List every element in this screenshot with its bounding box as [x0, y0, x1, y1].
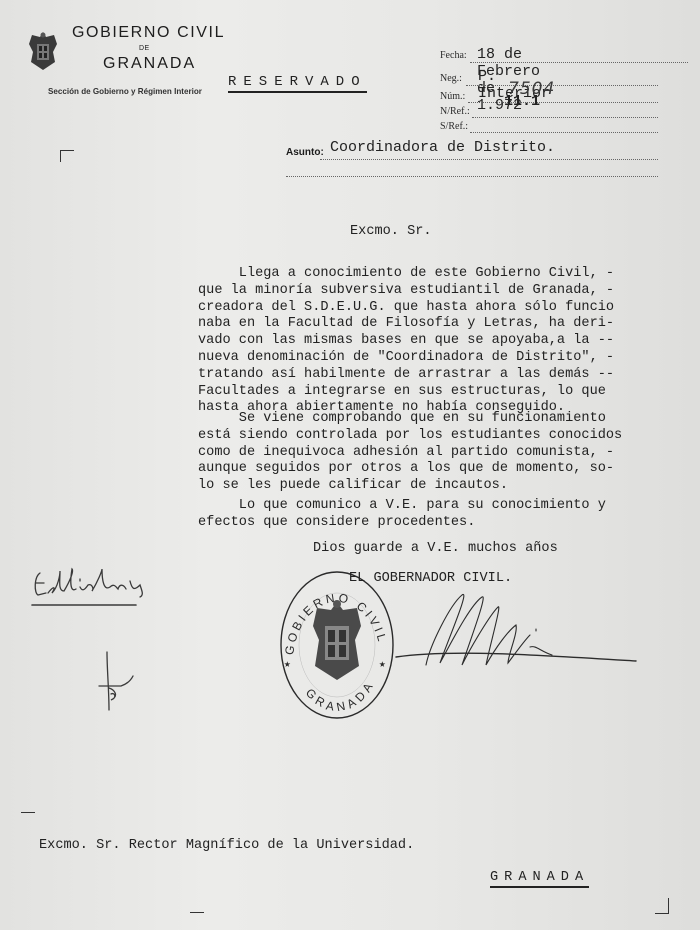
- nref-field: N/Ref.:: [440, 106, 470, 117]
- official-seal-icon: GOBIERNO CIVIL GRANADA ★ ★: [279, 570, 395, 720]
- num-field: Núm.: 7504 11.1: [440, 91, 465, 102]
- asunto-label: Asunto:: [286, 147, 324, 158]
- fecha-field: Fecha: 18 de Febrero de 1.972: [440, 50, 467, 61]
- handwritten-signature-icon: [390, 585, 640, 675]
- nref-label: N/Ref.:: [440, 106, 470, 117]
- body-paragraph-3: Lo que comunico a V.E. para su conocimie…: [198, 498, 668, 532]
- stamp-bottom-text: GRANADA: [303, 677, 378, 714]
- neg-label: Neg.:: [440, 73, 462, 84]
- margin-note-estudiantes: [30, 567, 150, 607]
- salutation: Excmo. Sr.: [350, 224, 432, 239]
- corner-mark: [668, 898, 669, 914]
- fold-mark: [190, 912, 204, 913]
- neg-field: Neg.: P. Interior: [440, 73, 462, 84]
- fecha-label: Fecha:: [440, 50, 467, 61]
- sref-label: S/Ref.:: [440, 121, 468, 132]
- num-label: Núm.:: [440, 91, 465, 102]
- asunto-value: Coordinadora de Distrito.: [330, 139, 555, 156]
- recipient-line: Excmo. Sr. Rector Magnífico de la Univer…: [39, 838, 414, 853]
- classification-label: RESERVADO: [228, 74, 367, 93]
- letterhead-title: GOBIERNO CIVIL: [72, 24, 225, 42]
- fold-mark: [21, 812, 35, 813]
- signatory-title: EL GOBERNADOR CIVIL.: [349, 571, 512, 586]
- num-value: 11.1: [504, 93, 540, 110]
- destination-city: GRANADA: [490, 870, 589, 888]
- letterhead-de: DE: [139, 45, 150, 52]
- coat-of-arms-icon: [28, 30, 58, 72]
- corner-mark: [60, 150, 61, 162]
- corner-mark: [655, 913, 669, 914]
- closing-formula: Dios guarde a V.E. muchos años: [313, 541, 558, 556]
- letterhead-section: Sección de Gobierno y Régimen Interior: [48, 86, 202, 96]
- body-paragraph-2: Se viene comprobando que en su funcionam…: [198, 411, 668, 495]
- svg-text:GRANADA: GRANADA: [303, 677, 378, 714]
- initials-rubric-icon: [97, 650, 137, 712]
- body-paragraph-1: Llega a conocimiento de este Gobierno Ci…: [198, 266, 668, 417]
- svg-text:★: ★: [379, 659, 386, 671]
- svg-text:★: ★: [284, 659, 291, 671]
- sref-field: S/Ref.:: [440, 121, 468, 132]
- corner-mark: [60, 150, 74, 151]
- letterhead-city: GRANADA: [103, 55, 196, 73]
